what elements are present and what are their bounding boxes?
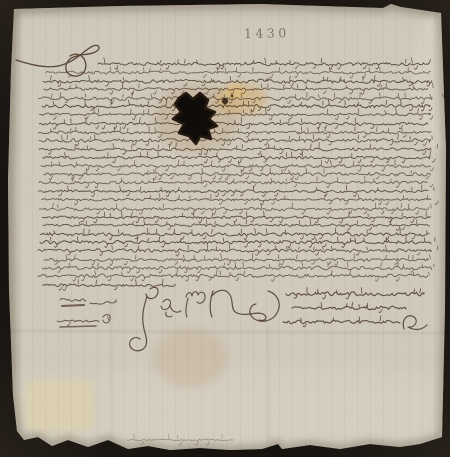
- left-signature-dash-2: [60, 326, 96, 327]
- photo-stage: 1430: [0, 0, 450, 457]
- manuscript-paper: 1430: [0, 0, 450, 457]
- left-signature-dash-1: [62, 305, 84, 306]
- ink-blot: [222, 98, 228, 104]
- paper-surface: 1430: [0, 0, 450, 457]
- archival-date-inscription: 1430: [244, 25, 290, 41]
- ink-speck: [231, 95, 234, 98]
- manuscript-photo: 1430: [0, 0, 450, 457]
